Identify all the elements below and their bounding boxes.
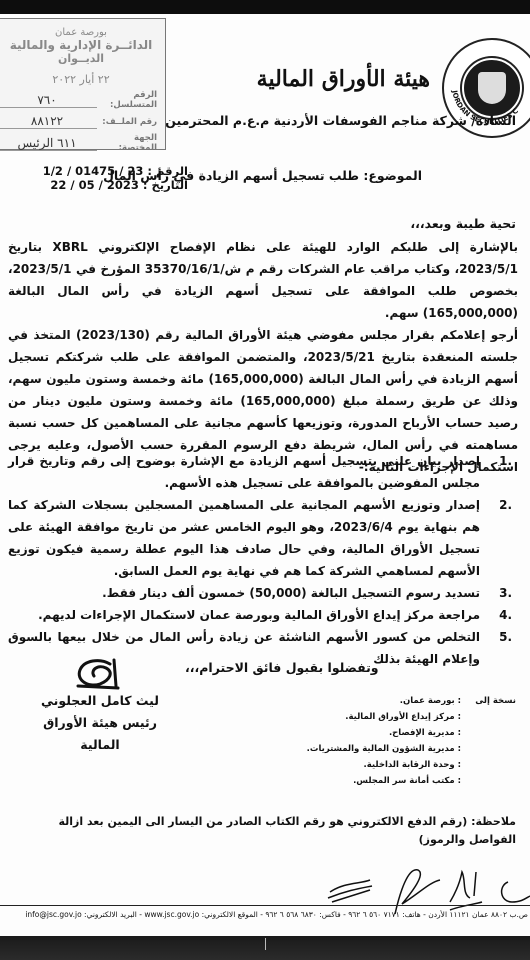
- cc-spacer: [461, 757, 516, 773]
- cc-recipient: : مركز إيداع الأوراق المالية.: [345, 709, 461, 725]
- list-item: .1 إصدار بيان علني بتسجيل أسهم الزيادة م…: [8, 450, 518, 494]
- cc-row: : مكتب أمانة سر المجلس.: [307, 773, 516, 789]
- stamp-date: ٢٢ أيار ٢٠٢٢: [0, 73, 165, 86]
- stamp-serial-value: ٧٦٠: [0, 93, 97, 108]
- signer-block: ليث كامل العجلوني رئيس هيئة الأوراق الما…: [40, 690, 160, 756]
- date-row: التاريخ : 2023 / 05 / 22: [38, 178, 188, 192]
- list-item-text: إصدار وتوزيع الأسهم المجانية على المساهم…: [8, 494, 480, 582]
- reference-block: الرقم : 23 / 01475 / 1/2 التاريخ : 2023 …: [38, 164, 188, 192]
- stamp-file-value: ٨٨١٢٢: [0, 114, 97, 129]
- received-stamp: بورصة عمان الدائــرة الإدارية والمالية ا…: [0, 18, 166, 150]
- signer-title: رئيس هيئة الأوراق المالية: [40, 712, 160, 756]
- list-item-number: .1: [480, 450, 518, 494]
- signature-icon: [70, 656, 122, 692]
- list-item-number: .4: [480, 604, 518, 626]
- cc-recipient: : وحدة الرقابة الداخلية.: [364, 757, 462, 773]
- copy-to-list: نسخة إلى : بورصة عمان. : مركز إيداع الأو…: [307, 693, 516, 789]
- reference-row: الرقم : 23 / 01475 / 1/2: [38, 164, 188, 178]
- stamp-dept-row: الجهة المختصة: ٦١١ الرئيس: [0, 133, 165, 153]
- cc-row: : وحدة الرقابة الداخلية.: [307, 757, 516, 773]
- stamp-dept-value: ٦١١ الرئيس: [0, 136, 97, 151]
- list-item-number: .2: [480, 494, 518, 582]
- scan-artifact: [265, 938, 266, 950]
- list-item-text: مراجعة مركز إيداع الأوراق المالية وبورصة…: [8, 604, 480, 626]
- cc-spacer: [461, 725, 516, 741]
- required-steps-list: .1 إصدار بيان علني بتسجيل أسهم الزيادة م…: [8, 450, 518, 670]
- cc-recipient: : مديرية الإفصاح.: [389, 725, 461, 741]
- list-item: .4 مراجعة مركز إيداع الأوراق المالية وبو…: [8, 604, 518, 626]
- list-item-text: تسديد رسوم التسجيل البالغة (50,000) خمسو…: [8, 582, 480, 604]
- cc-row: نسخة إلى : بورصة عمان.: [307, 693, 516, 709]
- cc-label: نسخة إلى: [461, 693, 516, 709]
- cc-spacer: [461, 773, 516, 789]
- cc-spacer: [461, 741, 516, 757]
- cc-recipient: : مديرية الشؤون المالية والمشتريات.: [307, 741, 461, 757]
- stamp-file-row: رقم الملــف: ٨٨١٢٢: [0, 114, 165, 129]
- list-item: .3 تسديد رسوم التسجيل البالغة (50,000) خ…: [8, 582, 518, 604]
- cc-row: : مركز إيداع الأوراق المالية.: [307, 709, 516, 725]
- stamp-department: الدائــرة الإدارية والمالية: [0, 38, 165, 52]
- list-item-number: .5: [480, 626, 518, 670]
- stamp-org: بورصة عمان: [0, 27, 165, 38]
- stamp-serial-row: الرقم المتسلسل: ٧٦٠: [0, 90, 165, 110]
- stamp-serial-label: الرقم المتسلسل:: [97, 90, 157, 110]
- stamp-dept-label: الجهة المختصة:: [97, 133, 157, 153]
- reference-label: الرقم: [156, 164, 188, 178]
- cc-recipient: : مكتب أمانة سر المجلس.: [353, 773, 461, 789]
- scan-bottom-border: [0, 936, 530, 960]
- stamp-file-label: رقم الملــف:: [97, 117, 157, 127]
- signer-name: ليث كامل العجلوني: [40, 690, 160, 712]
- greeting: تحية طيبة وبعد،،،: [410, 216, 516, 231]
- org-letterhead-title: هيئة الأوراق المالية: [257, 66, 430, 92]
- reference-value: 23 / 01475 / 1/2: [43, 164, 144, 178]
- footer-divider: [0, 905, 530, 906]
- recipient-line: السادة/ شركة مناجم الفوسفات الأردنية م.ع…: [165, 113, 516, 128]
- footer-contact: ص.ب ٨٨٠٢ عمان ١١١٢١ الأردن - هاتف: ٧١٧١ …: [0, 910, 528, 919]
- closing-line: وتفضلوا بقبول فائق الاحترام،،،: [185, 660, 379, 675]
- cc-spacer: [461, 709, 516, 725]
- date-value: 2023 / 05 / 22: [50, 178, 138, 192]
- cc-row: : مديرية الشؤون المالية والمشتريات.: [307, 741, 516, 757]
- stamp-section: الديــوان: [0, 52, 165, 65]
- list-item: .2 إصدار وتوزيع الأسهم المجانية على المس…: [8, 494, 518, 582]
- scan-top-border: [0, 0, 530, 14]
- paragraph-reference: بالإشارة إلى طلبكم الوارد للهيئة على نظا…: [8, 236, 518, 324]
- payment-note: ملاحظة: (رقم الدفع الالكتروني هو رقم الك…: [16, 813, 516, 849]
- list-item-text: إصدار بيان علني بتسجيل أسهم الزيادة مع ا…: [8, 450, 480, 494]
- letter-body: بالإشارة إلى طلبكم الوارد للهيئة على نظا…: [8, 236, 518, 478]
- date-label: التاريخ: [152, 178, 189, 192]
- list-item-number: .3: [480, 582, 518, 604]
- cc-row: : مديرية الإفصاح.: [307, 725, 516, 741]
- cc-recipient: : بورصة عمان.: [400, 693, 461, 709]
